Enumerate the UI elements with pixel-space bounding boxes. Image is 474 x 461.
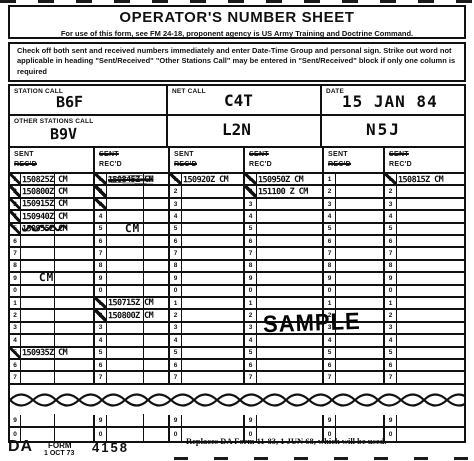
number-row: 3150915Z CM33333	[10, 199, 464, 211]
checkmark-icon	[9, 223, 21, 235]
row-number-cell: 7	[245, 372, 257, 382]
checkmark-icon	[94, 309, 107, 321]
entry-cell	[107, 415, 170, 426]
sample-stamp: SAMPLE	[263, 307, 362, 338]
entry-cell: 151100 Z CM	[257, 186, 324, 196]
sent-recd-column-header: SENTREC'D	[245, 148, 324, 172]
number-row: 5150935Z CM55555	[10, 348, 464, 360]
row-number: 8	[13, 262, 17, 269]
other-stations-label: OTHER STATIONS CALL	[10, 116, 166, 125]
row-number-cell: 1	[170, 298, 182, 308]
form-title: OPERATOR'S NUMBER SHEET	[10, 9, 464, 26]
row-number-cell: 5	[10, 348, 21, 358]
row-number: 6	[99, 238, 103, 245]
row-number-cell: 5	[95, 224, 107, 234]
handwritten-entry: CM	[125, 222, 140, 235]
sent-recd-column-header: SENTREC'D	[10, 148, 95, 172]
row-number: 3	[328, 201, 332, 208]
row-number-cell: 3	[95, 199, 107, 209]
row-number: 8	[99, 262, 103, 269]
handwritten-entry: 150950Z CM	[258, 174, 303, 184]
row-number-cell: 5	[245, 224, 257, 234]
row-number-cell: 6	[245, 236, 257, 246]
row-number-cell: 2	[95, 310, 107, 320]
row-number: 1	[389, 300, 393, 307]
row-number-cell: 5	[385, 224, 397, 234]
entry-cell	[257, 286, 324, 296]
row-number-cell: 5	[95, 348, 107, 358]
entry-cell: 150715Z CM	[107, 298, 170, 308]
row-number-cell: 4	[95, 335, 107, 345]
entry-cell	[182, 348, 245, 358]
entry-cell	[21, 298, 95, 308]
row-number-cell: 3	[10, 323, 21, 333]
entry-cell	[397, 348, 464, 358]
row-number-cell: 7	[245, 248, 257, 258]
footer-replaces-text: Replaces DA Form 11-83, 1 JUN 68, which …	[186, 436, 386, 446]
row-number-cell: 6	[170, 236, 182, 246]
row-number-cell: 5	[385, 348, 397, 358]
instructions-text: Check off both sent and received numbers…	[17, 46, 457, 77]
row-number: 4	[249, 337, 253, 344]
entry-cell	[397, 224, 464, 234]
number-row: 2150800Z CM222151100 Z CM22	[10, 186, 464, 198]
entry-cell: 150955Z CM	[21, 224, 95, 234]
row-number: 9	[389, 417, 393, 424]
entry-cell	[397, 335, 464, 345]
entry-cell	[257, 261, 324, 271]
row-number: 2	[13, 312, 17, 319]
row-number: 5	[328, 349, 332, 356]
row-number-cell: 1	[95, 298, 107, 308]
row-number-cell: 2	[245, 310, 257, 320]
handwritten-entry: 150800Z CM	[108, 311, 153, 321]
row-number: 9	[328, 417, 332, 424]
row-number-cell: 4	[324, 335, 336, 345]
row-number-cell: 7	[10, 372, 21, 382]
entry-cell	[21, 323, 95, 333]
row-number-cell: 3	[324, 199, 336, 209]
row-number: 7	[249, 250, 253, 257]
row-number-cell: 1	[245, 298, 257, 308]
entry-cell	[182, 335, 245, 345]
net-call-value: C4T	[224, 91, 253, 110]
row-number: 3	[249, 324, 253, 331]
row-number-cell: 7	[385, 372, 397, 382]
sent-recd-column-header: SENTREC'D	[385, 148, 464, 172]
row-number-cell: 8	[385, 261, 397, 271]
row-number: 5	[99, 225, 103, 232]
entry-cell	[21, 248, 95, 258]
row-number-cell: 6	[385, 236, 397, 246]
row-number-cell: 2	[10, 310, 21, 320]
entry-cell	[182, 360, 245, 370]
row-number: 2	[249, 312, 253, 319]
row-number-cell: 3	[10, 199, 21, 209]
row-number: 8	[174, 262, 178, 269]
row-number: 9	[328, 275, 332, 282]
row-number-cell: 5	[170, 224, 182, 234]
row-number-cell: 7	[95, 248, 107, 258]
row-number: 6	[328, 238, 332, 245]
entry-cell	[397, 273, 464, 283]
entry-cell: 150800Z CM	[21, 186, 95, 196]
entry-cell	[257, 273, 324, 283]
entry-cell	[21, 360, 95, 370]
entry-cell	[336, 286, 385, 296]
entry-cell	[182, 211, 245, 221]
row-number-cell: 0	[385, 286, 397, 296]
entry-cell	[107, 236, 170, 246]
number-row: 9CM99999	[10, 273, 464, 285]
checkmark-icon	[9, 210, 21, 222]
row-number: 3	[389, 201, 393, 208]
other-stations-field: OTHER STATIONS CALL B9V	[10, 116, 168, 146]
entry-cell	[21, 372, 95, 382]
row-number: 5	[174, 349, 178, 356]
row-number-cell: 4	[170, 211, 182, 221]
row-number-cell: 9	[95, 415, 107, 426]
entry-cell	[21, 286, 95, 296]
entry-cell	[336, 186, 385, 196]
entry-cell	[336, 415, 385, 426]
row-number: 5	[174, 225, 178, 232]
row-number-cell: 3	[170, 323, 182, 333]
entry-cell	[107, 348, 170, 358]
column-headers: SENTREC'DSENTREC'DSENTREC'DSENTREC'DSENT…	[10, 148, 464, 174]
row-number: 3	[174, 324, 178, 331]
row-number: 9	[13, 417, 17, 424]
row-number: 7	[389, 250, 393, 257]
row-number-cell: 0	[10, 286, 21, 296]
row-number: 7	[328, 374, 332, 381]
row-number-cell: 3	[170, 199, 182, 209]
row-number: 8	[328, 262, 332, 269]
entry-cell	[107, 248, 170, 258]
row-number: 9	[249, 417, 253, 424]
entry-cell	[257, 298, 324, 308]
entry-cell: 150935Z CM	[21, 348, 95, 358]
row-number-cell: 5	[245, 348, 257, 358]
row-number: 1	[174, 300, 178, 307]
recd-label: REC'D	[389, 160, 464, 170]
row-number: 9	[99, 275, 103, 282]
row-number: 9	[249, 275, 253, 282]
recd-label: REC'D	[174, 160, 243, 170]
wavy-tear-icon	[10, 385, 464, 415]
row-number-cell: 2	[170, 186, 182, 196]
row-number-cell: 1	[10, 174, 21, 184]
number-row: 777777	[10, 248, 464, 260]
entry-cell	[257, 248, 324, 258]
entry-cell	[182, 372, 245, 382]
row-number: 4	[389, 213, 393, 220]
row-number-cell: 6	[95, 360, 107, 370]
row-number-cell: 2	[170, 310, 182, 320]
handwritten-entry: 150920Z CM	[183, 174, 228, 184]
handwritten-entry: 150940Z CM	[22, 211, 67, 221]
row-number: 5	[389, 349, 393, 356]
entry-cell	[336, 211, 385, 221]
entry-cell	[336, 298, 385, 308]
row-number: 2	[389, 312, 393, 319]
date-value: 15 JAN 84	[342, 92, 438, 111]
recd-label: REC'D	[99, 160, 168, 170]
checkmark-icon	[94, 198, 107, 210]
row-number: 1	[328, 176, 332, 183]
entry-cell	[21, 415, 95, 426]
entry-cell	[397, 372, 464, 382]
entry-cell	[336, 335, 385, 345]
row-number-cell: 9	[245, 415, 257, 426]
form-subtitle: For use of this form, see FM 24-18, prop…	[10, 29, 464, 38]
row-number: 6	[174, 238, 178, 245]
entry-cell	[397, 261, 464, 271]
row-number: 0	[249, 287, 253, 294]
row-number: 6	[13, 238, 17, 245]
row-number-cell: 6	[170, 360, 182, 370]
row-number-cell: 7	[324, 372, 336, 382]
row-number-cell: 7	[95, 372, 107, 382]
row-number-cell: 1	[385, 298, 397, 308]
sent-recd-column-header: SENTREC'D	[324, 148, 385, 172]
rows-main: 1150825Z CM1150845Z CM1150920Z CM1150950…	[10, 174, 464, 385]
handwritten-entry: 150800Z CM	[22, 187, 67, 197]
net-call-field: NET CALL C4T	[168, 86, 322, 114]
row-number: 4	[328, 337, 332, 344]
row-number-cell: 1	[324, 174, 336, 184]
station-call-value: B6F	[56, 93, 83, 111]
entry-cell: 150815Z CM	[397, 174, 464, 184]
entry-cell	[397, 360, 464, 370]
row-number-cell: 9	[10, 273, 21, 283]
handwritten-entry: 151100 Z CM	[258, 187, 308, 198]
row-number-cell: 0	[245, 286, 257, 296]
row-number-cell: 6	[324, 360, 336, 370]
handwritten-entry: 150845Z CM	[108, 174, 153, 184]
entry-cell	[397, 415, 464, 426]
number-row: 333333	[10, 323, 464, 335]
sent-label: SENT	[389, 150, 464, 160]
number-row: 888888	[10, 261, 464, 273]
sent-label: SENT	[174, 150, 243, 160]
row-number-cell: 4	[245, 335, 257, 345]
row-number-cell: 5	[10, 224, 21, 234]
row-number: 1	[13, 300, 17, 307]
row-number-cell: 4	[385, 211, 397, 221]
entry-cell: 150915Z CM	[21, 199, 95, 209]
row-number: 3	[249, 201, 253, 208]
entry-cell	[397, 199, 464, 209]
row-number-cell: 4	[95, 211, 107, 221]
row-number-cell: 4	[324, 211, 336, 221]
checkmark-icon	[94, 173, 107, 185]
row-number: 7	[13, 374, 17, 381]
row-number: 8	[249, 262, 253, 269]
entry-cell	[182, 224, 245, 234]
entry-cell	[107, 199, 170, 209]
row-number-cell: 4	[245, 211, 257, 221]
sent-label: SENT	[99, 150, 168, 160]
sent-recd-column-header: SENTREC'D	[170, 148, 245, 172]
entry-cell	[397, 211, 464, 221]
row-number: 4	[174, 213, 178, 220]
row-number: 6	[328, 362, 332, 369]
other-station-cell-3: N5J	[322, 116, 464, 146]
row-number-cell: 6	[10, 360, 21, 370]
station-header-row: STATION CALL B6F NET CALL C4T DATE 15 JA…	[10, 86, 464, 116]
row-number: 6	[249, 362, 253, 369]
row-number-cell: 4	[385, 335, 397, 345]
row-number: 1	[328, 300, 332, 307]
handwritten-entry: 150715Z CM	[108, 298, 153, 308]
entry-cell: 150950Z CM	[257, 174, 324, 184]
entry-cell	[397, 286, 464, 296]
number-row: 4150940Z CM44444	[10, 211, 464, 223]
row-number-cell: 5	[324, 224, 336, 234]
station-call-label: STATION CALL	[10, 86, 166, 95]
checkmark-icon	[169, 173, 182, 185]
other-stations-row: OTHER STATIONS CALL B9V L2N N5J	[10, 116, 464, 148]
entry-cell	[257, 372, 324, 382]
row-number-cell: 2	[385, 310, 397, 320]
row-number: 6	[174, 362, 178, 369]
footer-form-date: 1 OCT 73	[44, 450, 74, 457]
scanned-form-page: OPERATOR'S NUMBER SHEET For use of this …	[0, 0, 474, 461]
row-number-cell: 1	[245, 174, 257, 184]
row-number: 5	[249, 225, 253, 232]
checkmark-icon	[9, 347, 21, 359]
entry-cell	[336, 372, 385, 382]
entry-cell	[397, 310, 464, 320]
number-row: 1150825Z CM1150845Z CM1150920Z CM1150950…	[10, 174, 464, 186]
row-number: 3	[99, 324, 103, 331]
row-number-cell: 2	[10, 186, 21, 196]
sent-label: SENT	[14, 150, 93, 160]
entry-cell	[107, 261, 170, 271]
row-number: 7	[174, 374, 178, 381]
checkmark-icon	[244, 173, 257, 185]
row-number: 4	[249, 213, 253, 220]
row-number: 5	[99, 349, 103, 356]
other-station-value-3: N5J	[366, 120, 401, 139]
number-row: 444444	[10, 335, 464, 347]
handwritten-entry: CM	[39, 271, 54, 284]
footer-form-label: FORM	[48, 441, 72, 450]
row-number: 4	[99, 337, 103, 344]
wavy-tear	[10, 385, 464, 415]
number-row: 666666	[10, 360, 464, 372]
row-number-cell: 0	[170, 286, 182, 296]
row-number: 9	[389, 275, 393, 282]
entry-cell	[107, 211, 170, 221]
row-number-cell: 8	[324, 261, 336, 271]
row-number: 7	[328, 250, 332, 257]
entry-cell	[182, 286, 245, 296]
row-number: 5	[389, 225, 393, 232]
number-row: 666666	[10, 236, 464, 248]
entry-cell	[107, 323, 170, 333]
row-number-cell: 2	[95, 186, 107, 196]
row-number-cell: 9	[170, 415, 182, 426]
row-number-cell: 1	[385, 174, 397, 184]
handwritten-entry: 150955Z CM	[22, 224, 67, 234]
entry-cell	[336, 348, 385, 358]
entry-cell	[107, 273, 170, 283]
recd-label: REC'D	[14, 160, 93, 170]
row-number: 6	[389, 238, 393, 245]
entry-cell	[21, 335, 95, 345]
entry-cell	[397, 298, 464, 308]
scan-edge-artifact-top	[0, 0, 474, 3]
entry-cell	[336, 224, 385, 234]
sent-recd-column-header: SENTREC'D	[95, 148, 170, 172]
row-number-cell: 1	[10, 298, 21, 308]
checkmark-icon	[9, 198, 21, 210]
row-number: 0	[389, 287, 393, 294]
entry-cell	[397, 186, 464, 196]
date-field: DATE 15 JAN 84	[322, 86, 464, 114]
checkmark-icon	[9, 173, 21, 185]
row-number: 5	[249, 349, 253, 356]
row-number-cell: 8	[245, 261, 257, 271]
footer-da: DA	[8, 438, 33, 456]
row-number-cell: 6	[10, 236, 21, 246]
entry-cell	[182, 323, 245, 333]
row-number-cell: 8	[95, 261, 107, 271]
row-number-cell: 2	[324, 186, 336, 196]
entry-cell	[182, 236, 245, 246]
row-number-cell: 2	[245, 186, 257, 196]
row-number: 3	[389, 324, 393, 331]
row-number: 7	[389, 374, 393, 381]
row-number: 8	[389, 262, 393, 269]
entry-cell	[21, 261, 95, 271]
entry-cell	[182, 273, 245, 283]
row-number-cell: 6	[324, 236, 336, 246]
row-number: 7	[99, 250, 103, 257]
entry-cell	[182, 310, 245, 320]
row-number: 4	[389, 337, 393, 344]
row-number: 0	[99, 287, 103, 294]
entry-cell	[257, 211, 324, 221]
entry-cell	[107, 286, 170, 296]
row-number: 6	[99, 362, 103, 369]
checkmark-icon	[244, 185, 257, 197]
recd-label: REC'D	[328, 160, 383, 170]
row-number-cell: 8	[10, 261, 21, 271]
entry-cell	[336, 174, 385, 184]
entry-cell	[182, 248, 245, 258]
station-call-field: STATION CALL B6F	[10, 86, 168, 114]
sent-label: SENT	[249, 150, 322, 160]
entry-cell	[257, 360, 324, 370]
row-number: 6	[249, 238, 253, 245]
handwritten-entry: 150825Z CM	[22, 174, 67, 184]
row-number-cell: 5	[170, 348, 182, 358]
entry-cell: 150920Z CM	[182, 174, 245, 184]
row-number-cell: 9	[95, 273, 107, 283]
row-number-cell: 3	[385, 199, 397, 209]
handwritten-entry: 150935Z CM	[22, 348, 67, 358]
form: OPERATOR'S NUMBER SHEET For use of this …	[8, 5, 466, 443]
row-number-cell: 9	[385, 273, 397, 283]
entry-cell: 150940Z CM	[21, 211, 95, 221]
row-number-cell: 9	[324, 273, 336, 283]
footer-form-number: 4158	[92, 440, 129, 455]
row-number: 2	[328, 188, 332, 195]
entry-cell	[107, 372, 170, 382]
